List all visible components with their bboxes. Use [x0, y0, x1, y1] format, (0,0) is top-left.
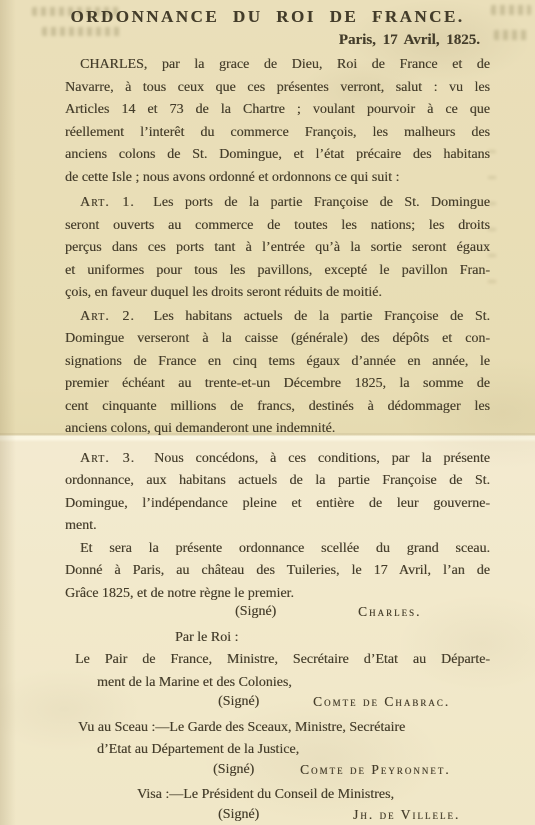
text-line: Et sera la présente ordonnance scellée d…	[0, 538, 535, 561]
signature-name: Comte de Chabrac.	[313, 694, 450, 710]
text-line: d’Etat au Département de la Justice,	[0, 739, 535, 762]
text-line: Donné à Paris, au château des Tuileries,…	[0, 560, 535, 583]
text-line: Domingue verseront à la caisse (générale…	[0, 328, 535, 351]
signe-label: (Signé)	[213, 762, 254, 778]
document-page: ORDONNANCE DU ROI DE FRANCE. Paris, 17 A…	[0, 0, 535, 825]
visa-line: Visa :—Le Président du Conseil de Minist…	[0, 784, 535, 807]
article-first-text: Nous concédons, à ces conditions, par la…	[154, 451, 490, 466]
text-line: Navarre, à tous ceux que ces présentes v…	[0, 77, 535, 100]
text-line: anciens colons de St. Domingue, et l’éta…	[0, 144, 535, 167]
signe-label: (Signé)	[218, 807, 259, 823]
closing-paragraph: Et sera la présente ordonnance scellée d…	[0, 538, 535, 606]
text-line: ment de la Marine et des Colonies,	[0, 672, 535, 695]
dateline: Paris, 17 Avril, 1825.	[0, 28, 535, 52]
article-1: Art. 1. Les ports de la partie Françoise…	[0, 192, 535, 305]
text-line: Grâce 1825, et de notre règne le premier…	[0, 583, 535, 606]
text-line: cent cinquante millions de francs, desti…	[0, 396, 535, 419]
text-line: çois, en faveur duquel les droits seront…	[0, 282, 535, 305]
signature-marine: (Signé) Comte de Chabrac.	[0, 694, 535, 717]
text-line: CHARLES, par la grace de Dieu, Roi de Fr…	[0, 54, 535, 77]
article-3: Art. 3. Nous concédons, à ces conditions…	[0, 448, 535, 538]
text-line: anciens colons, qui demanderont une inde…	[0, 418, 535, 441]
text-line: et uniformes pour tous les pavillons, ex…	[0, 260, 535, 283]
minister-marine: Le Pair de France, Ministre, Secrétaire …	[0, 649, 535, 694]
signature-justice: (Signé) Comte de Peyronnet.	[0, 762, 535, 785]
text-line: Articles 14 et 73 de la Chartre ; voulan…	[0, 99, 535, 122]
signe-label: (Signé)	[235, 604, 276, 620]
text-line: ordonnance, aux habitans actuels de la p…	[0, 470, 535, 493]
article-label: Art. 2.	[80, 309, 135, 324]
article-first-text: Les ports de la partie Françoise de St. …	[153, 195, 490, 210]
article-label: Art. 1.	[80, 195, 135, 210]
text-line: signations de France en cinq tems égaux …	[0, 351, 535, 374]
signature-name: Comte de Peyronnet.	[300, 762, 451, 778]
text-line: Art. 2. Les habitans actuels de la parti…	[0, 306, 535, 329]
signature-name: Jh. de Villele.	[353, 807, 460, 823]
signature-name: Charles.	[358, 604, 421, 620]
text-line: seront ouverts au commerce de toutes les…	[0, 215, 535, 238]
article-2: Art. 2. Les habitans actuels de la parti…	[0, 306, 535, 441]
preamble-paragraph: CHARLES, par la grace de Dieu, Roi de Fr…	[0, 54, 535, 189]
text-line: de cette Isle ; nous avons ordonné et or…	[0, 167, 535, 190]
par-le-roi-line: Par le Roi :	[0, 627, 535, 650]
text-line: perçus dans ces ports tant à l’entrée qu…	[0, 237, 535, 260]
article-label: Art. 3.	[80, 451, 135, 466]
text-line: ment.	[0, 515, 535, 538]
signature-royal: (Signé) Charles.	[0, 604, 535, 627]
text-line: Art. 3. Nous concédons, à ces conditions…	[0, 448, 535, 471]
text-line: réellement l’interêt du commerce Françoi…	[0, 122, 535, 145]
signe-label: (Signé)	[218, 694, 259, 710]
text-line: premier échéant au trente-et-un Décembre…	[0, 373, 535, 396]
text-line: Le Pair de France, Ministre, Secrétaire …	[0, 649, 535, 672]
signature-visa: (Signé) Jh. de Villele.	[0, 807, 535, 825]
text-line: Vu au Sceau :—Le Garde des Sceaux, Minis…	[0, 717, 535, 740]
text-line: Domingue, l’indépendance pleine et entiè…	[0, 493, 535, 516]
article-first-text: Les habitans actuels de la partie Franço…	[154, 309, 491, 324]
text-line: Art. 1. Les ports de la partie Françoise…	[0, 192, 535, 215]
minister-justice: Vu au Sceau :—Le Garde des Sceaux, Minis…	[0, 717, 535, 762]
document-title: ORDONNANCE DU ROI DE FRANCE.	[0, 6, 535, 28]
